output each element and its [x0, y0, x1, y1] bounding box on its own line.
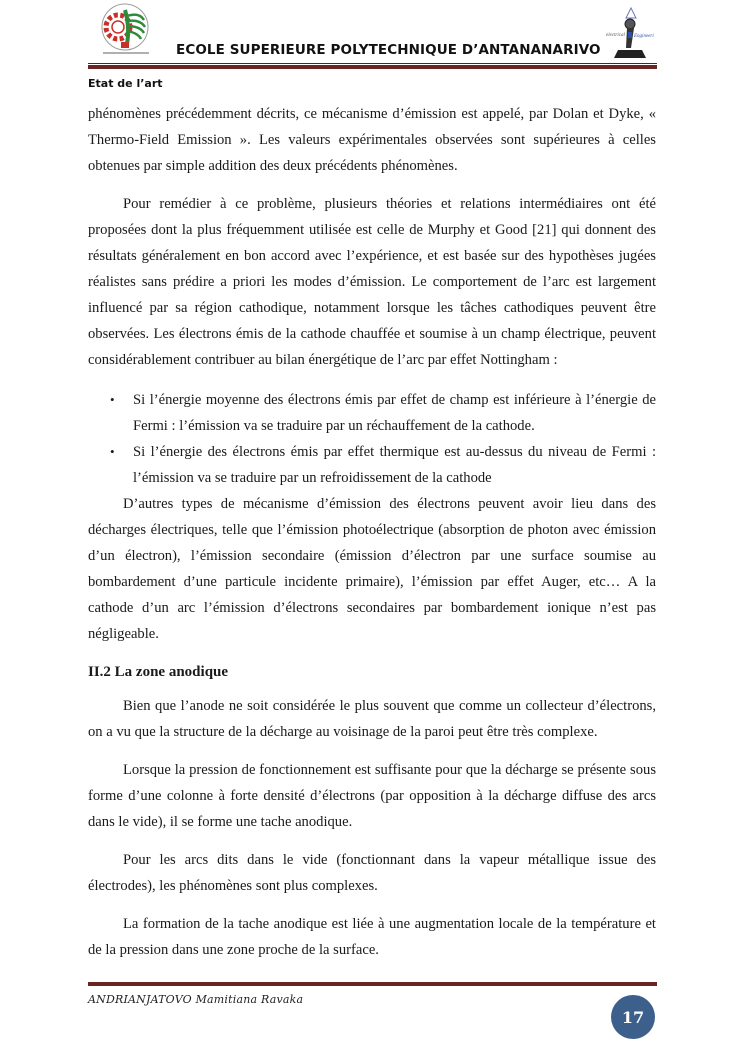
- paragraph-2: Pour remédier à ce problème, plusieurs t…: [88, 191, 656, 373]
- paragraph-1: phénomènes précédemment décrits, ce méca…: [88, 101, 656, 179]
- bullet-icon: •: [110, 387, 115, 413]
- running-section-label: Etat de l’art: [88, 77, 163, 90]
- paragraph-4: Bien que l’anode ne soit considérée le p…: [88, 693, 656, 745]
- header-rule-thin: [88, 63, 657, 64]
- institution-title: ECOLE SUPERIEURE POLYTECHNIQUE D’ANTANAN…: [176, 42, 576, 58]
- footer-rule: [88, 982, 657, 986]
- list-item-text: Si l’énergie des électrons émis par effe…: [133, 444, 656, 486]
- paragraph-7: La formation de la tache anodique est li…: [88, 911, 656, 963]
- paragraph-5: Lorsque la pression de fonctionnement es…: [88, 757, 656, 835]
- paragraph-6: Pour les arcs dits dans le vide (fonctio…: [88, 847, 656, 899]
- school-emblem-icon: [97, 2, 155, 58]
- footer-author: ANDRIANJATOVO Mamitiana Ravaka: [88, 993, 303, 1006]
- list-item: • Si l’énergie des électrons émis par ef…: [88, 439, 656, 491]
- header-rule-thick: [88, 65, 657, 69]
- list-item-text: Si l’énergie moyenne des électrons émis …: [133, 392, 656, 434]
- list-item: • Si l’énergie moyenne des électrons émi…: [88, 387, 656, 439]
- paragraph-3: D’autres types de mécanisme d’émission d…: [88, 491, 656, 647]
- bullet-list: • Si l’énergie moyenne des électrons émi…: [88, 387, 656, 491]
- section-heading: II.2 La zone anodique: [88, 659, 656, 685]
- svg-text:Engineering: Engineering: [633, 34, 654, 39]
- document-body: phénomènes précédemment décrits, ce méca…: [88, 101, 656, 963]
- page-number-badge: 17: [611, 995, 655, 1039]
- bullet-icon: •: [110, 439, 115, 465]
- page-number: 17: [622, 1008, 644, 1027]
- electrical-engineering-emblem-icon: electrical Engineering: [604, 6, 654, 64]
- svg-text:electrical: electrical: [606, 33, 625, 38]
- document-page: ECOLE SUPERIEURE POLYTECHNIQUE D’ANTANAN…: [0, 0, 745, 1053]
